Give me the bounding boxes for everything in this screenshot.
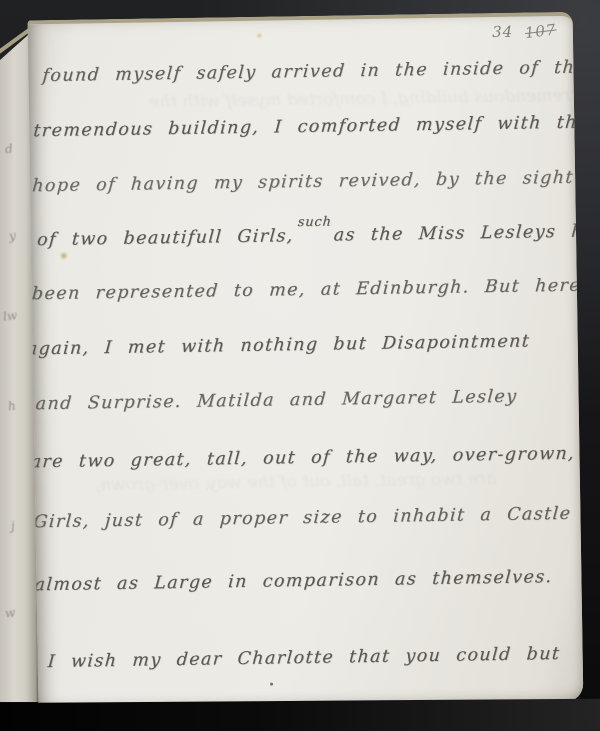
manuscript-line: found myself safely arrived in the insid… (42, 57, 584, 86)
manuscript-line: I wish my dear Charlotte that you could … (47, 644, 561, 672)
edge-text-fragment: h (7, 399, 16, 414)
manuscript-line: been represented to me, at Edinburgh. Bu… (31, 276, 582, 305)
manuscript-line: again, I met with nothing but Disapointm… (28, 331, 531, 359)
edge-text-fragment: lw (2, 308, 18, 324)
manuscript-line: hope of having my spirits revived, by th… (32, 168, 575, 197)
line-segment: of two beautifull Girls, (36, 226, 294, 250)
edge-text-fragment: d (4, 142, 13, 157)
edge-text-fragment: y (8, 229, 16, 244)
manuscript-photo: d y lw h j w 34107 tremendous building, … (0, 0, 600, 731)
page-number-struck: 107 (524, 20, 558, 42)
edge-text-fragment: w (4, 605, 16, 620)
page-numbers: 34107 (492, 22, 557, 41)
manuscript-line: are two great, tall, out of the way, ove… (30, 444, 576, 473)
interlinear-insertion: such (297, 215, 332, 231)
manuscript-page: 34107 tremendous building, I comforted m… (28, 12, 584, 710)
manuscript-text-block: found myself safely arrived in the insid… (28, 16, 584, 710)
manuscript-line: and Surprise. Matilda and Margaret Lesle… (35, 387, 518, 415)
manuscript-line: almost as Large in comparison as themsel… (34, 567, 553, 595)
manuscript-line: of two beautifull Girls,suchas the Miss … (36, 221, 583, 250)
line-segment: as the Miss Lesleys had (333, 221, 583, 245)
manuscript-line: tremendous building, I comforted myself … (33, 112, 584, 141)
manuscript-line: Girls, just of a proper size to inhabit … (33, 504, 572, 532)
background-bottom-shadow (0, 699, 600, 731)
page-number-pencil: 34 (492, 23, 513, 41)
